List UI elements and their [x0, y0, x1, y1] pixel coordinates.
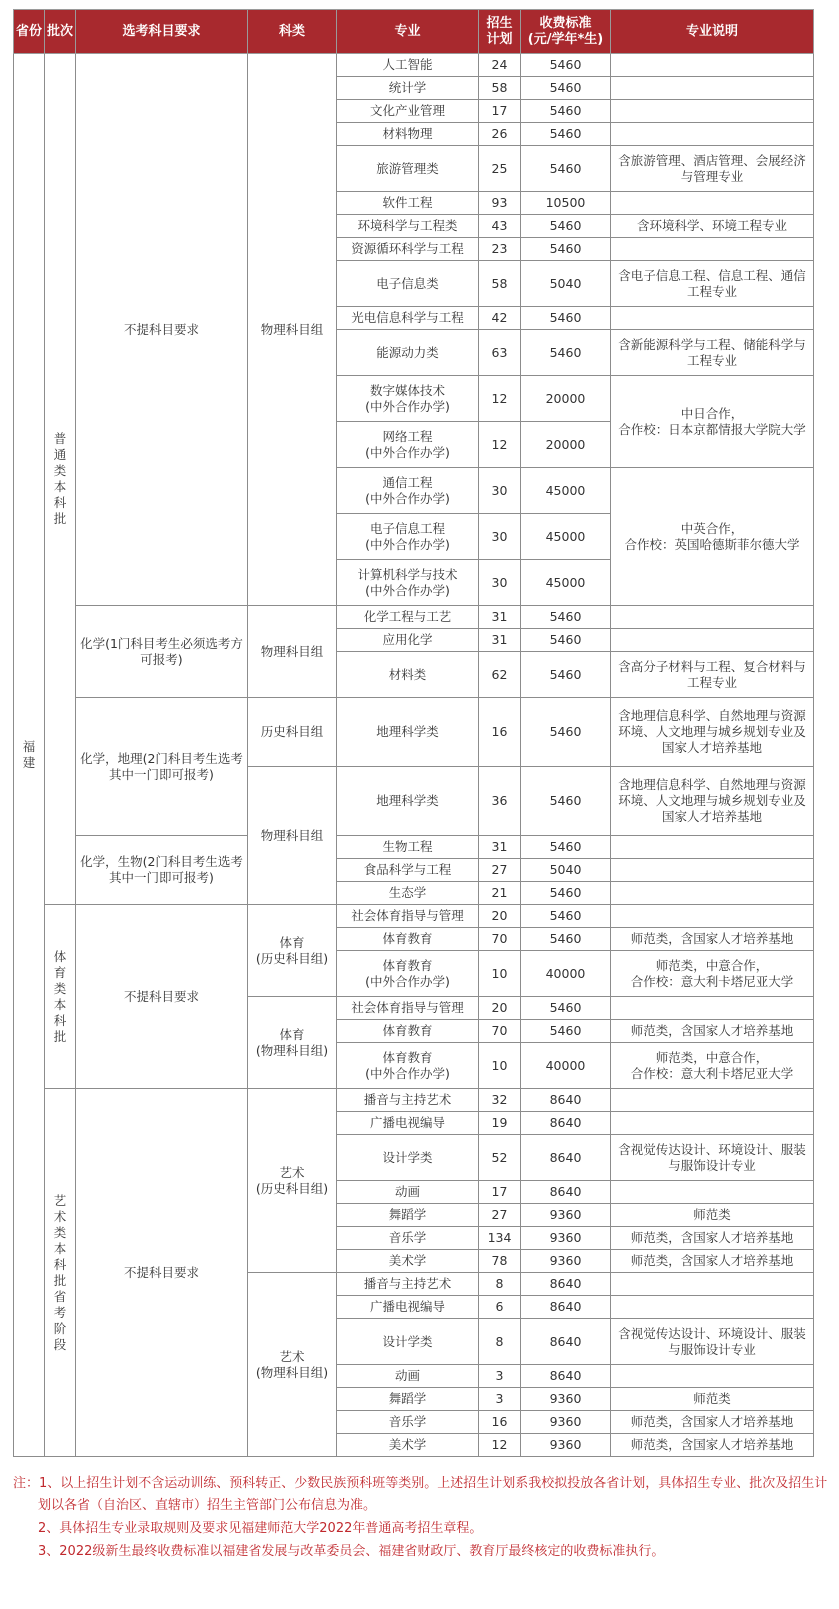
subject-req-cell: 化学(1门科目考生必须选考方可报考): [76, 606, 248, 698]
fee-cell: 5460: [521, 330, 611, 376]
category-cell: 物理科目组: [248, 767, 337, 905]
note-cell: 含环境科学、环境工程专业: [611, 215, 814, 238]
quota-cell: 20: [479, 997, 521, 1020]
note-cell: [611, 77, 814, 100]
quota-cell: 8: [479, 1319, 521, 1365]
header-subject-requirement: 选考科目要求: [76, 10, 248, 54]
fee-cell: 8640: [521, 1296, 611, 1319]
fee-cell: 5460: [521, 307, 611, 330]
header-major: 专业: [337, 10, 479, 54]
note-cell: 师范类: [611, 1388, 814, 1411]
fee-cell: 5460: [521, 146, 611, 192]
major-cell: 美术学: [337, 1434, 479, 1457]
quota-cell: 17: [479, 1181, 521, 1204]
major-cell: 音乐学: [337, 1411, 479, 1434]
note-cell: [611, 836, 814, 859]
note-cell: 含高分子材料与工程、复合材料与工程专业: [611, 652, 814, 698]
note-cell: 师范类，中意合作， 合作校：意大利卡塔尼亚大学: [611, 951, 814, 997]
note-cell: 师范类，含国家人才培养基地: [611, 928, 814, 951]
quota-cell: 30: [479, 514, 521, 560]
quota-cell: 36: [479, 767, 521, 836]
quota-cell: 52: [479, 1135, 521, 1181]
major-cell: 环境科学与工程类: [337, 215, 479, 238]
quota-cell: 10: [479, 951, 521, 997]
quota-cell: 17: [479, 100, 521, 123]
fee-cell: 5460: [521, 123, 611, 146]
major-cell: 统计学: [337, 77, 479, 100]
note-cell: [611, 100, 814, 123]
note-cell: [611, 1365, 814, 1388]
major-cell: 体育教育: [337, 928, 479, 951]
note-cell: [611, 1296, 814, 1319]
fee-cell: 5460: [521, 100, 611, 123]
quota-cell: 16: [479, 1411, 521, 1434]
category-cell: 体育 (物理科目组): [248, 997, 337, 1089]
major-cell: 音乐学: [337, 1227, 479, 1250]
major-cell: 设计学类: [337, 1135, 479, 1181]
quota-cell: 8: [479, 1273, 521, 1296]
fee-cell: 40000: [521, 951, 611, 997]
fee-cell: 8640: [521, 1273, 611, 1296]
major-cell: 社会体育指导与管理: [337, 997, 479, 1020]
quota-cell: 42: [479, 307, 521, 330]
category-cell: 艺术 (历史科目组): [248, 1089, 337, 1273]
major-cell: 资源循环科学与工程: [337, 238, 479, 261]
major-cell: 广播电视编导: [337, 1296, 479, 1319]
table-row: 化学，地理(2门科目考生选考其中一门即可报考) 历史科目组 地理科学类 16 5…: [14, 698, 814, 767]
note-cell: [611, 1273, 814, 1296]
major-cell: 播音与主持艺术: [337, 1273, 479, 1296]
fee-cell: 5040: [521, 859, 611, 882]
major-cell: 能源动力类: [337, 330, 479, 376]
fee-cell: 5460: [521, 652, 611, 698]
table-row: 化学(1门科目考生必须选考方可报考) 物理科目组 化学工程与工艺 31 5460: [14, 606, 814, 629]
major-cell: 地理科学类: [337, 698, 479, 767]
province-cell: 福建: [14, 54, 45, 1457]
major-cell: 旅游管理类: [337, 146, 479, 192]
fee-cell: 9360: [521, 1204, 611, 1227]
quota-cell: 31: [479, 629, 521, 652]
quota-cell: 58: [479, 261, 521, 307]
note-cell: 含视觉传达设计、环境设计、服装与服饰设计专业: [611, 1135, 814, 1181]
note-cell: [611, 997, 814, 1020]
note-cell: [611, 123, 814, 146]
fee-cell: 8640: [521, 1135, 611, 1181]
major-cell: 生物工程: [337, 836, 479, 859]
quota-cell: 3: [479, 1388, 521, 1411]
major-cell: 通信工程 (中外合作办学): [337, 468, 479, 514]
fee-cell: 5460: [521, 629, 611, 652]
note-cell: 师范类，含国家人才培养基地: [611, 1020, 814, 1043]
fee-cell: 45000: [521, 560, 611, 606]
fee-cell: 9360: [521, 1388, 611, 1411]
quota-cell: 16: [479, 698, 521, 767]
note-cell: 师范类，含国家人才培养基地: [611, 1227, 814, 1250]
footnote-1: 注：1、以上招生计划不含运动训练、预科转正、少数民族预科班等类别。上述招生计划系…: [13, 1473, 828, 1517]
quota-cell: 31: [479, 836, 521, 859]
note-cell: [611, 54, 814, 77]
subject-req-cell: 不提科目要求: [76, 1089, 248, 1457]
major-cell: 网络工程 (中外合作办学): [337, 422, 479, 468]
note-cell: 含电子信息工程、信息工程、通信工程专业: [611, 261, 814, 307]
major-cell: 体育教育 (中外合作办学): [337, 1043, 479, 1089]
major-cell: 地理科学类: [337, 767, 479, 836]
note-cell: 含视觉传达设计、环境设计、服装与服饰设计专业: [611, 1319, 814, 1365]
batch-cell-regular: 普通类本科批: [45, 54, 76, 905]
fee-cell: 8640: [521, 1112, 611, 1135]
fee-cell: 5460: [521, 767, 611, 836]
quota-cell: 6: [479, 1296, 521, 1319]
fee-cell: 5460: [521, 698, 611, 767]
major-cell: 计算机科学与技术 (中外合作办学): [337, 560, 479, 606]
note-cell: 含地理信息科学、自然地理与资源环境、人文地理与城乡规划专业及国家人才培养基地: [611, 698, 814, 767]
fee-cell: 9360: [521, 1411, 611, 1434]
fee-cell: 5460: [521, 836, 611, 859]
note-cell: [611, 629, 814, 652]
fee-cell: 5040: [521, 261, 611, 307]
fee-cell: 8640: [521, 1089, 611, 1112]
major-cell: 设计学类: [337, 1319, 479, 1365]
enrollment-plan-table: 省份 批次 选考科目要求 科类 专业 招生 计划 收费标准 (元/学年*生) 专…: [13, 9, 814, 1457]
quota-cell: 134: [479, 1227, 521, 1250]
note-cell: [611, 606, 814, 629]
fee-cell: 9360: [521, 1434, 611, 1457]
fee-cell: 5460: [521, 1020, 611, 1043]
major-cell: 播音与主持艺术: [337, 1089, 479, 1112]
quota-cell: 27: [479, 859, 521, 882]
header-batch: 批次: [45, 10, 76, 54]
quota-cell: 27: [479, 1204, 521, 1227]
quota-cell: 30: [479, 560, 521, 606]
major-cell: 舞蹈学: [337, 1204, 479, 1227]
quota-cell: 63: [479, 330, 521, 376]
major-cell: 广播电视编导: [337, 1112, 479, 1135]
note-cell: [611, 238, 814, 261]
major-cell: 光电信息科学与工程: [337, 307, 479, 330]
major-cell: 生态学: [337, 882, 479, 905]
note-cell: [611, 859, 814, 882]
quota-cell: 24: [479, 54, 521, 77]
table-row: 艺术类本科批省考阶段 不提科目要求 艺术 (历史科目组) 播音与主持艺术 32 …: [14, 1089, 814, 1112]
quota-cell: 10: [479, 1043, 521, 1089]
major-cell: 体育教育: [337, 1020, 479, 1043]
note-cell-japan-cooperation: 中日合作， 合作校：日本京都情报大学院大学: [611, 376, 814, 468]
major-cell: 软件工程: [337, 192, 479, 215]
footnote-prefix: 注：: [13, 1476, 39, 1491]
quota-cell: 78: [479, 1250, 521, 1273]
fee-cell: 8640: [521, 1365, 611, 1388]
quota-cell: 12: [479, 1434, 521, 1457]
header-fee: 收费标准 (元/学年*生): [521, 10, 611, 54]
note-cell: [611, 1112, 814, 1135]
fee-cell: 5460: [521, 77, 611, 100]
note-cell: [611, 192, 814, 215]
quota-cell: 70: [479, 1020, 521, 1043]
table-row: 体育类本科批 不提科目要求 体育 (历史科目组) 社会体育指导与管理 20 54…: [14, 905, 814, 928]
fee-cell: 5460: [521, 928, 611, 951]
fee-cell: 8640: [521, 1181, 611, 1204]
major-cell: 应用化学: [337, 629, 479, 652]
major-cell: 电子信息类: [337, 261, 479, 307]
fee-cell: 5460: [521, 54, 611, 77]
note-cell: 师范类，含国家人才培养基地: [611, 1411, 814, 1434]
note-cell: [611, 905, 814, 928]
batch-cell-arts: 艺术类本科批省考阶段: [45, 1089, 76, 1457]
quota-cell: 3: [479, 1365, 521, 1388]
major-cell: 电子信息工程 (中外合作办学): [337, 514, 479, 560]
quota-cell: 93: [479, 192, 521, 215]
footnotes: 注：1、以上招生计划不含运动训练、预科转正、少数民族预科班等类别。上述招生计划系…: [13, 1473, 828, 1563]
note-cell: [611, 882, 814, 905]
fee-cell: 45000: [521, 514, 611, 560]
subject-req-cell: 不提科目要求: [76, 54, 248, 606]
major-cell: 舞蹈学: [337, 1388, 479, 1411]
fee-cell: 5460: [521, 606, 611, 629]
major-cell: 食品科学与工程: [337, 859, 479, 882]
note-cell: [611, 1181, 814, 1204]
fee-cell: 10500: [521, 192, 611, 215]
note-cell: 师范类，含国家人才培养基地: [611, 1434, 814, 1457]
major-cell: 动画: [337, 1181, 479, 1204]
fee-cell: 20000: [521, 376, 611, 422]
quota-cell: 26: [479, 123, 521, 146]
note-cell: [611, 1089, 814, 1112]
major-cell: 化学工程与工艺: [337, 606, 479, 629]
fee-cell: 5460: [521, 215, 611, 238]
note-cell: 含新能源科学与工程、储能科学与工程专业: [611, 330, 814, 376]
header-category: 科类: [248, 10, 337, 54]
quota-cell: 43: [479, 215, 521, 238]
quota-cell: 31: [479, 606, 521, 629]
quota-cell: 20: [479, 905, 521, 928]
major-cell: 动画: [337, 1365, 479, 1388]
category-cell: 物理科目组: [248, 606, 337, 698]
fee-cell: 9360: [521, 1227, 611, 1250]
fee-cell: 45000: [521, 468, 611, 514]
quota-cell: 12: [479, 376, 521, 422]
major-cell: 人工智能: [337, 54, 479, 77]
quota-cell: 58: [479, 77, 521, 100]
major-cell: 社会体育指导与管理: [337, 905, 479, 928]
major-cell: 数字媒体技术 (中外合作办学): [337, 376, 479, 422]
quota-cell: 23: [479, 238, 521, 261]
fee-cell: 8640: [521, 1319, 611, 1365]
quota-cell: 32: [479, 1089, 521, 1112]
footnote-3: 3、2022级新生最终收费标准以福建省发展与改革委员会、福建省财政厅、教育厅最终…: [13, 1541, 828, 1563]
fee-cell: 20000: [521, 422, 611, 468]
major-cell: 体育教育 (中外合作办学): [337, 951, 479, 997]
quota-cell: 25: [479, 146, 521, 192]
table-header-row: 省份 批次 选考科目要求 科类 专业 招生 计划 收费标准 (元/学年*生) 专…: [14, 10, 814, 54]
subject-req-cell: 化学，生物(2门科目考生选考其中一门即可报考): [76, 836, 248, 905]
major-cell: 文化产业管理: [337, 100, 479, 123]
note-cell: 师范类: [611, 1204, 814, 1227]
fee-cell: 5460: [521, 882, 611, 905]
fee-cell: 5460: [521, 238, 611, 261]
quota-cell: 19: [479, 1112, 521, 1135]
table-row: 化学，生物(2门科目考生选考其中一门即可报考) 生物工程 31 5460: [14, 836, 814, 859]
subject-req-cell: 化学，地理(2门科目考生选考其中一门即可报考): [76, 698, 248, 836]
category-cell: 艺术 (物理科目组): [248, 1273, 337, 1457]
subject-req-cell: 不提科目要求: [76, 905, 248, 1089]
note-cell: 师范类，中意合作， 合作校：意大利卡塔尼亚大学: [611, 1043, 814, 1089]
quota-cell: 62: [479, 652, 521, 698]
category-cell: 物理科目组: [248, 54, 337, 606]
note-cell-uk-cooperation: 中英合作， 合作校：英国哈德斯菲尔德大学: [611, 468, 814, 606]
note-cell: 含旅游管理、酒店管理、会展经济与管理专业: [611, 146, 814, 192]
footnote-2: 2、具体招生专业录取规则及要求见福建师范大学2022年普通高考招生章程。: [13, 1518, 828, 1540]
header-province: 省份: [14, 10, 45, 54]
note-cell: [611, 307, 814, 330]
batch-cell-sports: 体育类本科批: [45, 905, 76, 1089]
category-cell: 历史科目组: [248, 698, 337, 767]
fee-cell: 9360: [521, 1250, 611, 1273]
category-cell: 体育 (历史科目组): [248, 905, 337, 997]
quota-cell: 30: [479, 468, 521, 514]
fee-cell: 5460: [521, 905, 611, 928]
major-cell: 美术学: [337, 1250, 479, 1273]
note-cell: 含地理信息科学、自然地理与资源环境、人文地理与城乡规划专业及国家人才培养基地: [611, 767, 814, 836]
fee-cell: 40000: [521, 1043, 611, 1089]
note-cell: 师范类，含国家人才培养基地: [611, 1250, 814, 1273]
major-cell: 材料物理: [337, 123, 479, 146]
header-note: 专业说明: [611, 10, 814, 54]
quota-cell: 70: [479, 928, 521, 951]
fee-cell: 5460: [521, 997, 611, 1020]
quota-cell: 12: [479, 422, 521, 468]
quota-cell: 21: [479, 882, 521, 905]
major-cell: 材料类: [337, 652, 479, 698]
table-row: 福建 普通类本科批 不提科目要求 物理科目组 人工智能 24 5460: [14, 54, 814, 77]
header-quota: 招生 计划: [479, 10, 521, 54]
